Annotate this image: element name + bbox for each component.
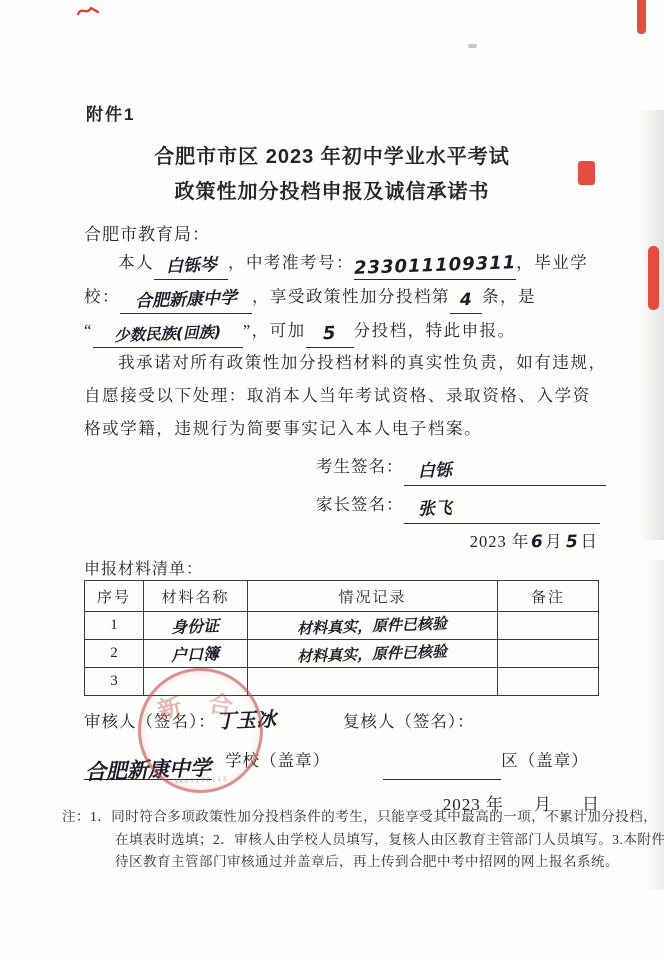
table-row: 2 户口簿 材料真实，原件已核验 xyxy=(85,640,599,668)
cell-serial: 1 xyxy=(85,612,144,640)
printed-text: ，享受政策性加分投档第 xyxy=(252,287,450,306)
pledge-paragraph: 我承诺对所有政策性加分投档材料的真实性负责，如有违规， 自愿接受以下处理：取消本… xyxy=(84,346,600,445)
table-row: 1 身份证 材料真实，原件已核验 xyxy=(85,612,599,640)
clause-number-handwritten: 4 xyxy=(460,287,473,313)
cell-material-name: 身份证 xyxy=(144,612,248,640)
header-note: 备注 xyxy=(498,581,599,612)
exam-number-handwritten: 233011109311 xyxy=(354,250,517,282)
document-title-line1: 合肥市市区 2023 年初中学业水平考试 xyxy=(0,140,664,169)
date-month-label: 月 xyxy=(545,532,563,551)
scan-speck xyxy=(468,44,477,48)
printed-text: ，中考准考号： xyxy=(228,253,354,272)
pledge-line-3: 格或学籍，违规行为简要事实记入本人电子档案。 xyxy=(84,412,600,445)
document-title-line2: 政策性加分投档申报及诚信承诺书 xyxy=(0,175,664,204)
parent-signature-label: 家长签名： xyxy=(316,495,404,514)
scanned-document-page: 附件1 合肥市市区 2023 年初中学业水平考试 政策性加分投档申报及诚信承诺书… xyxy=(0,0,664,960)
printed-text: ，毕业学 xyxy=(516,253,588,272)
bonus-category-handwritten: 少数民族(回族) xyxy=(114,319,222,349)
parent-signature-handwritten: 张飞 xyxy=(417,494,452,523)
materials-header-row: 序号 材料名称 情况记录 备注 xyxy=(85,581,599,612)
printed-text: ”，可加 xyxy=(243,321,306,340)
date-year: 2023 年 xyxy=(470,532,530,551)
pledge-line-1: 我承诺对所有政策性加分投档材料的真实性负责，如有违规， xyxy=(84,346,600,379)
cell-note xyxy=(498,668,599,696)
application-line-3: “少数民族(回族)”，可加5分投档，特此申报。 xyxy=(84,314,600,348)
date-month-handwritten: 6 xyxy=(531,524,544,560)
application-line-2: 校：合肥新康中学，享受政策性加分投档第4条，是 xyxy=(84,280,600,314)
attachment-label: 附件1 xyxy=(86,100,135,125)
header-serial: 序号 xyxy=(85,581,144,612)
footnotes: 注：1．同时符合多项政策性加分投档条件的考生，只能享受其中最高的一项，不累计加分… xyxy=(62,806,607,874)
red-pen-mark-top-left xyxy=(76,4,100,18)
cell-record xyxy=(248,668,498,696)
student-signature-handwritten: 白铄 xyxy=(417,456,452,485)
date-day-handwritten: 5 xyxy=(565,524,578,560)
reviewer-label: 复核人（签名）： xyxy=(343,712,475,731)
seal-character-1: 新 xyxy=(154,687,185,726)
printed-text: 本人 xyxy=(118,253,154,272)
header-record: 情况记录 xyxy=(248,581,498,612)
materials-table: 序号 材料名称 情况记录 备注 1 身份证 材料真实，原件已核验 2 户口簿 材… xyxy=(84,580,599,696)
cell-material-name: 户口簿 xyxy=(144,640,248,668)
date-day-label: 日 xyxy=(581,532,599,551)
school-seal-stamp: 新 合 3401190113 xyxy=(138,668,263,793)
seal-character-2: 合 xyxy=(206,683,236,722)
application-line-1: 本人白铄岑，中考准考号：233011109311，毕业学 xyxy=(84,246,600,280)
student-name-handwritten: 白铄岑 xyxy=(165,252,217,280)
parent-signature-row: 家长签名：张飞 xyxy=(316,486,598,524)
header-material-name: 材料名称 xyxy=(144,581,248,612)
printed-text: 条，是 xyxy=(482,287,536,306)
printed-text: 分投档，特此申报。 xyxy=(354,321,516,340)
materials-caption: 申报材料清单： xyxy=(84,556,203,579)
footnote-line-1: 注：1．同时符合多项政策性加分投档条件的考生，只能享受其中最高的一项，不累计加分… xyxy=(62,806,607,829)
signature-block: 考生签名：白铄 家长签名：张飞 2023 年6月5日 xyxy=(316,448,598,560)
cell-serial: 2 xyxy=(85,640,144,668)
red-edge-mark-right-lower xyxy=(648,246,659,310)
footnote-line-2: 在填表时选填；2．审核人由学校人员填写，复核人由区教育主管部门人员填写。3.本附… xyxy=(62,829,607,852)
cell-record: 材料真实，原件已核验 xyxy=(248,640,498,668)
red-edge-mark-top-right xyxy=(637,0,646,34)
red-edge-mark-right-upper xyxy=(578,161,595,185)
district-blank-line xyxy=(383,751,501,780)
cell-note xyxy=(498,640,599,668)
cell-serial: 3 xyxy=(85,668,144,696)
footnote-line-3: 待区教育主管部门审核通过并盖章后，再上传到合肥中考中招网的网上报名系统。 xyxy=(62,851,607,874)
district-stamp-label: 区（盖章） xyxy=(501,751,589,770)
student-signature-label: 考生签名： xyxy=(316,457,404,476)
school-name-handwritten: 合肥新康中学 xyxy=(135,285,238,315)
student-signature-row: 考生签名：白铄 xyxy=(316,448,598,486)
salutation: 合肥市教育局： xyxy=(84,220,210,245)
cell-record: 材料真实，原件已核验 xyxy=(248,612,498,640)
pledge-line-2: 自愿接受以下处理：取消本人当年考试资格、录取资格、入学资 xyxy=(84,379,600,412)
bonus-points-handwritten: 5 xyxy=(323,321,336,347)
cell-note xyxy=(498,612,599,640)
printed-text: 校： xyxy=(84,287,120,306)
signature-date-row: 2023 年6月5日 xyxy=(316,524,598,560)
printed-text: “ xyxy=(84,321,93,340)
application-paragraph: 本人白铄岑，中考准考号：233011109311，毕业学 校：合肥新康中学，享受… xyxy=(84,246,600,348)
